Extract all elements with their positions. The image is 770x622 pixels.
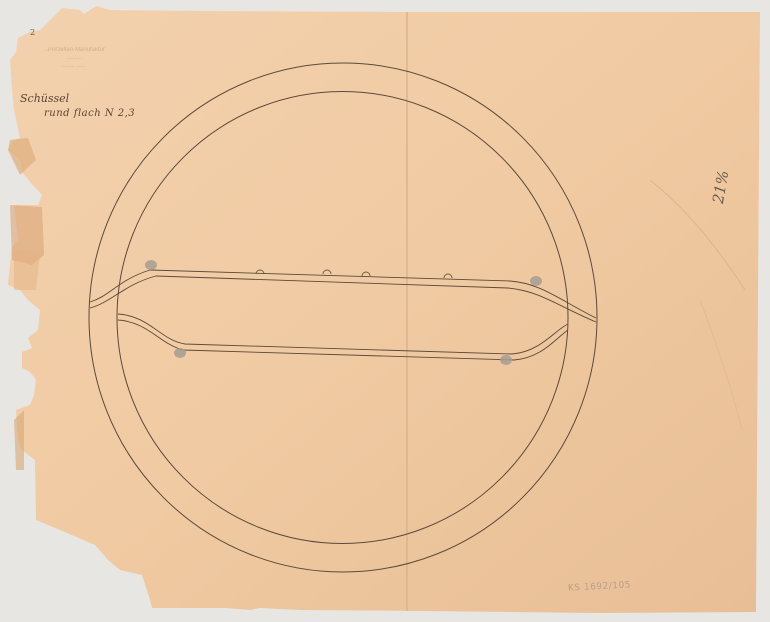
stamp-line: .......... — [24, 54, 124, 62]
paper-body — [8, 6, 760, 613]
manufacturer-stamp: ...Porzellan-Manufaktur .......... .....… — [24, 46, 124, 70]
marker-dot — [500, 355, 512, 365]
repair-patch — [14, 250, 40, 290]
handwritten-subtitle: rund flach N 2,3 — [44, 108, 135, 119]
paper-sheet — [0, 0, 770, 622]
marker-dot — [530, 276, 542, 286]
marker-dot — [174, 348, 186, 358]
stamp-line: ........ ...... — [24, 62, 124, 70]
drawing-sheet: 2 ...Porzellan-Manufaktur .......... ...… — [0, 0, 770, 622]
page-number: 2 — [30, 28, 35, 37]
handwritten-title: Schüssel — [20, 92, 69, 105]
stamp-line: ...Porzellan-Manufaktur — [24, 46, 124, 54]
repair-patch — [14, 410, 24, 470]
marker-dot — [145, 260, 157, 270]
